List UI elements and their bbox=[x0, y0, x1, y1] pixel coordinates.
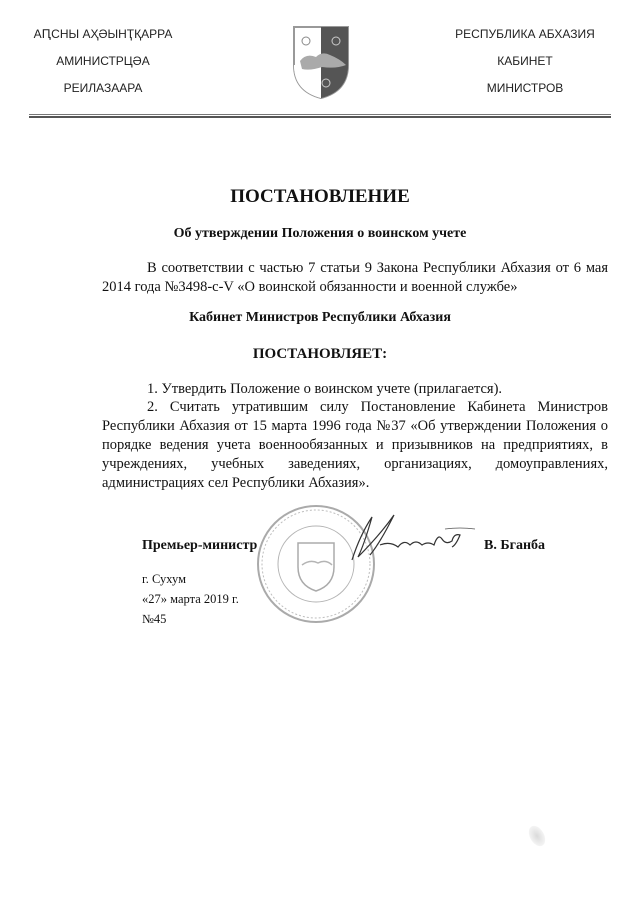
header-right-line-1: РЕСПУБЛИКА АБХАЗИЯ bbox=[445, 26, 605, 53]
document-subject: Об утверждении Положения о воинском учет… bbox=[0, 226, 640, 242]
header-right-line-2: КАБИНЕТ bbox=[445, 53, 605, 80]
header-right-block: РЕСПУБЛИКА АБХАЗИЯ КАБИНЕТ МИНИСТРОВ bbox=[445, 26, 605, 107]
signatory-position: Премьер-министр bbox=[142, 538, 257, 554]
header-left-block: АԤСНЫ АҲӘЫНҬҚАРРА АМИНИСТРЦӘА РЕИЛАЗААРА bbox=[28, 26, 178, 107]
document-date: «27» марта 2019 г. bbox=[142, 592, 239, 607]
resolution-item-2: 2. Считать утратившим силу Постановление… bbox=[102, 398, 608, 493]
resolution-item-1: 1. Утвердить Положение о воинском учете … bbox=[102, 380, 608, 399]
document-city: г. Сухум bbox=[142, 572, 186, 587]
header-right-line-3: МИНИСТРОВ bbox=[445, 80, 605, 107]
handwritten-signature-icon bbox=[350, 505, 480, 565]
header-left-line-3: РЕИЛАЗААРА bbox=[28, 80, 178, 107]
header-divider bbox=[29, 114, 611, 118]
issuer-heading: Кабинет Министров Республики Абхазия bbox=[0, 310, 640, 326]
scan-smudge bbox=[525, 823, 548, 849]
header-left-line-1: АԤСНЫ АҲӘЫНҬҚАРРА bbox=[28, 26, 178, 53]
preamble-paragraph: В соответствии с частью 7 статьи 9 Закон… bbox=[102, 259, 608, 297]
document-type-title: ПОСТАНОВЛЕНИЕ bbox=[0, 186, 640, 208]
header-left-line-2: АМИНИСТРЦӘА bbox=[28, 53, 178, 80]
document-number: №45 bbox=[142, 612, 166, 627]
signatory-name: В. Бганба bbox=[484, 538, 545, 554]
resolves-heading: ПОСТАНОВЛЯЕТ: bbox=[0, 346, 640, 363]
abkhazia-coat-of-arms-icon bbox=[292, 25, 350, 100]
